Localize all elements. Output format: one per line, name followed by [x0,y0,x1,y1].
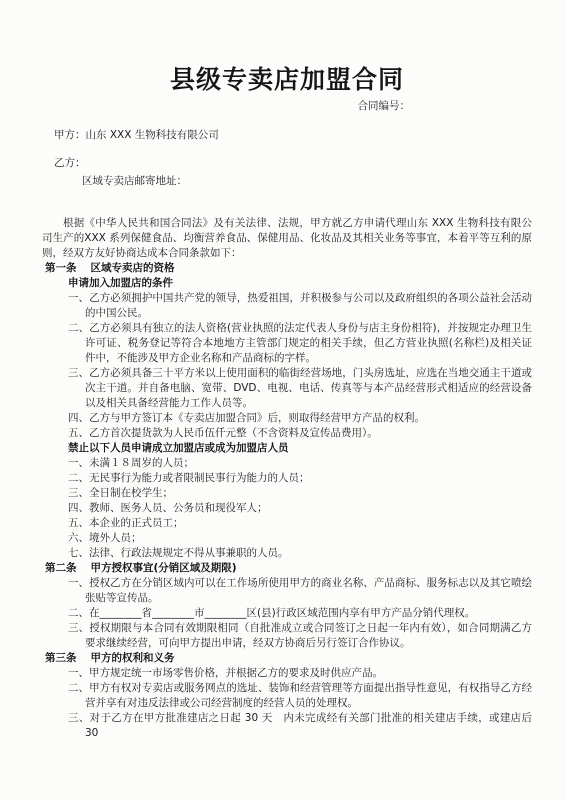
section-1-number: 第一条 [45,262,77,274]
section-3-item-3: 三、对于乙方在甲方批准建店之日起 30 天 内未完成经有关部门批准的相关建店手续… [85,711,532,741]
section-1-heading: 第一条区域专卖店的资格 [42,261,532,276]
section-3-item-2: 二、甲方有权对专卖店或服务网点的选址、装饰和经营管理等方面提出指导性意见，有权指… [85,681,532,711]
section-3-item-1: 一、甲方规定统一市场零售价格，并根据乙方的要求及时供应产品。 [85,666,532,681]
section-1-subheading-prohibited: 禁止以下人员申请成立加盟店或成为加盟店人员 [68,441,532,456]
section-1-subheading-conditions: 申请加入加盟店的条件 [68,276,532,291]
section-1-item-5: 五、乙方首次提货款为人民币伍仟元整（不含资料及宣传品费用）。 [85,426,532,441]
section-2-title: 甲方授权事宜(分销区域及期限) [91,562,237,574]
document-title: 县级专卖店加盟合同 [42,66,532,96]
section-1-item-1: 一、乙方必须拥护中国共产党的领导，热爱祖国，并积极参与公司以及政府组织的各项公益… [85,291,532,321]
party-b-address-line: 区域专卖店邮寄地址： [82,174,532,189]
section-2-item-3: 三、授权期限与本合同有效期限相同（自批准成立或合同签订之日起一年内有效），如合同… [85,621,532,651]
preamble-paragraph: 根据《中华人民共和国合同法》及有关法律、法规，甲方就乙方申请代理山东 XXX 生… [42,216,532,261]
section-1-item-2: 二、乙方必须具有独立的法人资格(营业执照的法定代表人身份与店主身份相符)，并按规… [85,321,532,366]
contract-number-label: 合同编号： [42,99,532,114]
section-1-prohibited-item-5: 五、本企业的正式员工； [85,516,532,531]
party-a-line: 甲方：山东 XXX 生物科技有限公司 [54,128,532,143]
section-1-item-3: 三、乙方必须具备三十平方米以上使用面积的临街经营场地，门头房选址，应选在当地交通… [85,366,532,411]
section-1-item-4: 四、乙方与甲方签订本《专卖店加盟合同》后，则取得经营甲方产品的权利。 [85,411,532,426]
section-1-prohibited-item-1: 一、未满１８周岁的人员； [85,456,532,471]
party-b-line: 乙方： [54,156,532,171]
section-1-prohibited-item-3: 三、全日制在校学生； [85,486,532,501]
section-3-number: 第三条 [45,652,77,664]
section-2-heading: 第二条甲方授权事宜(分销区域及期限) [42,561,532,576]
section-1-prohibited-item-6: 六、境外人员； [85,531,532,546]
section-3-heading: 第三条甲方的权利和义务 [42,651,532,666]
section-1-title: 区域专卖店的资格 [91,262,175,274]
section-2-number: 第二条 [45,562,77,574]
section-1-prohibited-item-2: 二、无民事行为能力或者限制民事行为能力的人员； [85,471,532,486]
contract-page: 县级专卖店加盟合同 合同编号： 甲方：山东 XXX 生物科技有限公司 乙方： 区… [0,0,566,800]
section-1-prohibited-item-7: 七、法律、行政法规规定不得从事兼职的人员。 [85,546,532,561]
section-3-title: 甲方的权利和义务 [91,652,175,664]
section-1-prohibited-item-4: 四、教师、医务人员、公务员和现役军人； [85,501,532,516]
section-2-item-1: 一、授权乙方在分销区域内可以在工作场所使用甲方的商业名称、产品商标、服务标志以及… [85,576,532,606]
section-2-item-2: 二、在________省________市________区(县)行政区域范围内… [85,606,532,621]
